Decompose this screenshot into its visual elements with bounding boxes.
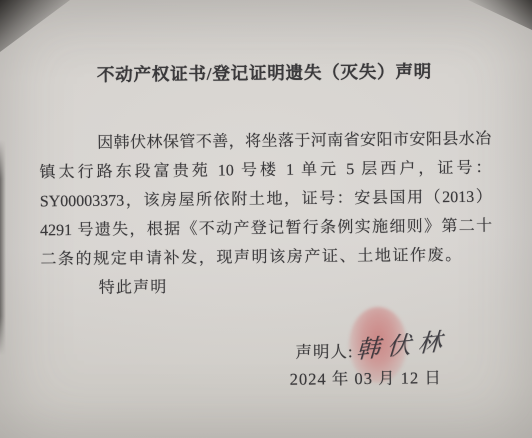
closing-statement: 特此声明	[99, 273, 168, 303]
paper-content: 不动产权证书/登记证明遗失（灭失）声明 因韩伏林保管不善，将坐落于河南省安阳市安…	[0, 0, 532, 438]
body-line: 镇太行路东段富贵苑 10 号楼 1 单元 5 层西户，证号：	[39, 154, 491, 188]
document-title: 不动产权证书/登记证明遗失（灭失）声明	[0, 57, 531, 88]
signature-row: 声明人:韩伏林	[295, 328, 449, 365]
body-paragraph: 因韩伏林保管不善，将坐落于河南省安阳市安阳县水冶 镇太行路东段富贵苑 10 号楼…	[39, 125, 492, 275]
signature-label: 声明人:	[295, 342, 353, 362]
body-line: SY00003373，该房屋所依附土地，证号：安县国用（2013）	[40, 183, 492, 217]
signature-handwriting: 韩伏林	[355, 321, 450, 365]
body-line: 二条的规定申请补发，现声明该房产证、土地证作废。	[40, 241, 492, 275]
body-line: 因韩伏林保管不善，将坐落于河南省安阳市安阳县水冶	[39, 125, 491, 159]
body-line: 4291 号遗失，根据《不动产登记暂行条例实施细则》第二十	[40, 212, 492, 246]
document-photo: 不动产权证书/登记证明遗失（灭失）声明 因韩伏林保管不善，将坐落于河南省安阳市安…	[0, 0, 532, 438]
date-line: 2024 年 03 月 12 日	[290, 364, 442, 390]
